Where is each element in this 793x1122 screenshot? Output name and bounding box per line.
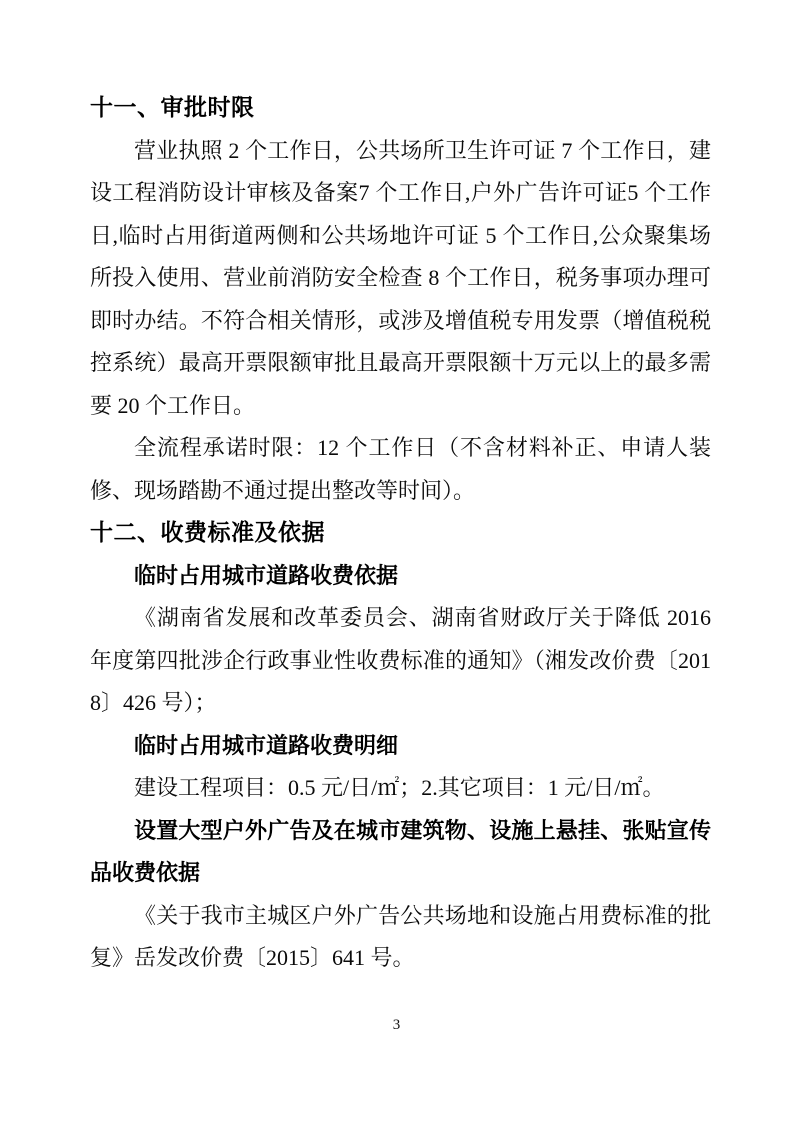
section-fee-standards: 十二、收费标准及依据 临时占用城市道路收费依据 《湖南省发展和改革委员会、湖南省… [90, 512, 711, 980]
page-number: 3 [0, 1014, 793, 1036]
section-11-paragraph-1: 营业执照 2 个工作日，公共场所卫生许可证 7 个工作日，建设工程消防设计审核及… [90, 130, 711, 428]
section-approval-time-limits: 十一、审批时限 营业执照 2 个工作日，公共场所卫生许可证 7 个工作日，建设工… [90, 87, 711, 512]
paragraph-outdoor-advertising-fee-basis: 《关于我市主城区户外广告公共场地和设施占用费标准的批复》岳发改价费〔2015〕6… [90, 895, 711, 980]
subheading-road-occupation-fee-basis: 临时占用城市道路收费依据 [90, 555, 711, 598]
document-content: 十一、审批时限 营业执照 2 个工作日，公共场所卫生许可证 7 个工作日，建设工… [90, 87, 711, 980]
subheading-outdoor-advertising-fee-basis: 设置大型户外广告及在城市建筑物、设施上悬挂、张贴宣传品收费依据 [90, 810, 711, 895]
paragraph-road-occupation-fee-detail: 建设工程项目：0.5 元/日/㎡；2.其它项目：1 元/日/㎡。 [90, 767, 711, 810]
subheading-road-occupation-fee-detail: 临时占用城市道路收费明细 [90, 725, 711, 768]
section-11-paragraph-2: 全流程承诺时限：12 个工作日（不含材料补正、申请人装修、现场踏勘不通过提出整改… [90, 427, 711, 512]
paragraph-road-occupation-fee-basis: 《湖南省发展和改革委员会、湖南省财政厅关于降低 2016 年度第四批涉企行政事业… [90, 597, 711, 725]
section-11-heading: 十一、审批时限 [90, 87, 711, 130]
section-12-heading: 十二、收费标准及依据 [90, 512, 711, 555]
document-page: 十一、审批时限 营业执照 2 个工作日，公共场所卫生许可证 7 个工作日，建设工… [0, 0, 793, 1122]
